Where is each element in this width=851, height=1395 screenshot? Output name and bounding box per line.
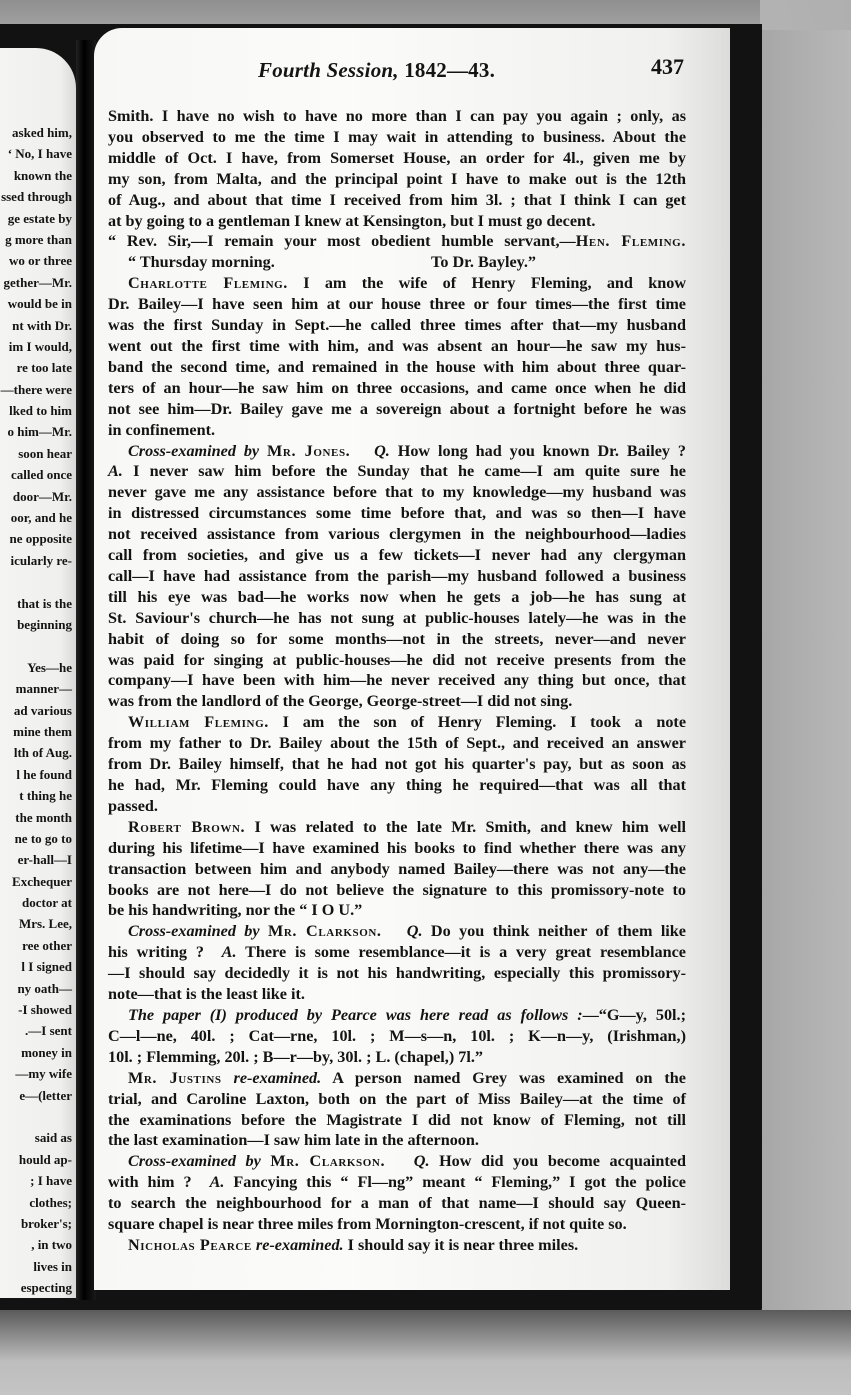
witness-name: William Fleming. xyxy=(128,713,269,731)
left-page-line: doctor at xyxy=(0,892,72,913)
text-line: at by going to a gentleman I knew at Ken… xyxy=(108,211,686,232)
page-body: Smith. I have no wish to have no more th… xyxy=(108,106,686,1256)
left-page-line: ny oath— xyxy=(0,978,72,999)
running-head: Fourth Session, 1842—43. xyxy=(258,58,495,83)
left-page-line: ‘ No, I have xyxy=(0,143,72,164)
right-shadow xyxy=(762,30,851,1395)
text-line: to search the neighbourhood for a man of… xyxy=(108,1193,686,1214)
left-page-line: money in xyxy=(0,1042,72,1063)
text-line: in confinement. xyxy=(108,420,686,441)
left-page-line: clothes; xyxy=(0,1192,72,1213)
left-page-line: —my wife xyxy=(0,1063,72,1084)
left-page-line: er-hall—I xyxy=(0,849,72,870)
text-line: till his eye was bad—he works now when h… xyxy=(108,587,686,608)
left-page-line: called once xyxy=(0,464,72,485)
text-line: was from the landlord of the George, Geo… xyxy=(108,691,686,712)
left-page-line: Yes—he xyxy=(0,657,72,678)
text-line: be his handwriting, nor the “ I O U.” xyxy=(108,900,686,921)
text-line: went out the first time with him, and wa… xyxy=(108,336,686,357)
text-line: from Dr. Bailey himself, that he had not… xyxy=(108,754,686,775)
cross-examination-clarkson-1: Cross-examined by Mr. Clarkson. Q. Do yo… xyxy=(108,921,686,1005)
left-page-line: wo or three xyxy=(0,250,72,271)
left-page-line: ne opposite xyxy=(0,528,72,549)
paper-read-paragraph: The paper (I) produced by Pearce was her… xyxy=(108,1005,686,1068)
text-line: trial, and Caroline Laxton, both on the … xyxy=(108,1089,686,1110)
text-line: from my father to Dr. Bailey about the 1… xyxy=(108,733,686,754)
witness-name: Robert Brown. xyxy=(128,818,245,836)
left-page-line: that is the xyxy=(0,593,72,614)
left-page-line: door—Mr. xyxy=(0,486,72,507)
cross-examination-jones: Cross-examined by Mr. Jones. Q. How long… xyxy=(108,441,686,713)
left-page-text: asked him,‘ No, I haveknown thessed thro… xyxy=(0,122,72,1298)
bottom-shadow xyxy=(0,1310,851,1395)
left-page-line: oor, and he xyxy=(0,507,72,528)
text-line: company—I have been with him—he never re… xyxy=(108,670,686,691)
left-page-line: especting xyxy=(0,1277,72,1298)
left-page-line: .—I sent xyxy=(0,1020,72,1041)
left-page-line: lth of Aug. xyxy=(0,742,72,763)
left-page-line: o him—Mr. xyxy=(0,421,72,442)
text-line: was the first Sunday in Sept.—he called … xyxy=(108,315,686,336)
text-line: transaction between him and anybody name… xyxy=(108,859,686,880)
left-page-line: known the xyxy=(0,165,72,186)
text-line: call from societies, and give us a few t… xyxy=(108,545,686,566)
left-page-line: Exchequer xyxy=(0,871,72,892)
left-page-line: Mrs. Lee, xyxy=(0,913,72,934)
text-line: ters of an hour—he saw him on three occa… xyxy=(108,378,686,399)
testimony-robert-brown: Robert Brown. I was related to the late … xyxy=(108,817,686,922)
running-head-year: 1842—43. xyxy=(404,58,495,82)
book-gutter xyxy=(76,40,96,1300)
left-page-line: the month xyxy=(0,807,72,828)
left-page-line: lives in xyxy=(0,1256,72,1277)
text-line: note—that is the least like it. xyxy=(108,984,686,1005)
text-line: Smith. I have no wish to have no more th… xyxy=(108,106,686,127)
page-number: 437 xyxy=(651,54,684,80)
left-page-line: , in two xyxy=(0,1234,72,1255)
signature: Hen. Fleming. xyxy=(576,232,686,250)
left-page-line xyxy=(0,571,72,592)
testimony-charlotte-fleming: Charlotte Fleming. I am the wife of Henr… xyxy=(108,273,686,440)
text-line: not received assistance from various cle… xyxy=(108,524,686,545)
testimony-william-fleming: William Fleming. I am the son of Henry F… xyxy=(108,712,686,817)
left-page-line: broker's; xyxy=(0,1213,72,1234)
left-page-line: gether—Mr. xyxy=(0,272,72,293)
letter-addressee: To Dr. Bayley.” xyxy=(431,252,536,273)
counsel-name: Mr. Clarkson. xyxy=(268,922,382,940)
text-line: you observed to me the time I may wait i… xyxy=(108,127,686,148)
text-line: not see him—Dr. Bailey gave me a soverei… xyxy=(108,399,686,420)
cross-examination-clarkson-2: Cross-examined by Mr. Clarkson. Q. How d… xyxy=(108,1151,686,1235)
text-line: square chapel is near three miles from M… xyxy=(108,1214,686,1235)
text-line: —I should say decidedly it is not his ha… xyxy=(108,963,686,984)
text-line: 10l. ; Flemming, 20l. ; B—r—by, 30l. ; L… xyxy=(108,1047,686,1068)
text-line: band the second time, and remained in th… xyxy=(108,357,686,378)
left-page-line: beginning xyxy=(0,614,72,635)
left-page-line: t thing he xyxy=(0,785,72,806)
left-page-line: soon hear xyxy=(0,443,72,464)
left-page-line: ree other xyxy=(0,935,72,956)
left-page-line: g more than xyxy=(0,229,72,250)
text-line: St. Saviour's church—he has not sung at … xyxy=(108,608,686,629)
text-line: passed. xyxy=(108,796,686,817)
letter-paragraph: Smith. I have no wish to have no more th… xyxy=(108,106,686,273)
text-line: was paid for singing at public-houses—he… xyxy=(108,650,686,671)
text-line: during his lifetime—I have examined his … xyxy=(108,838,686,859)
left-page-line: ssed through xyxy=(0,186,72,207)
left-page-line xyxy=(0,1106,72,1127)
text-line: of Aug., and about that time I received … xyxy=(108,190,686,211)
left-page-line xyxy=(0,635,72,656)
right-page: Fourth Session, 1842—43. 437 Smith. I ha… xyxy=(94,28,730,1290)
text-line: the last examination—I saw him late in t… xyxy=(108,1130,686,1151)
text-line: habit of doing so for some months—not in… xyxy=(108,629,686,650)
left-page-line: re too late xyxy=(0,357,72,378)
left-page-line: mine them xyxy=(0,721,72,742)
left-page-line: -I showed xyxy=(0,999,72,1020)
left-page-line: —there were xyxy=(0,379,72,400)
counsel-name: Mr. Clarkson. xyxy=(270,1152,385,1170)
left-page-line: would be in xyxy=(0,293,72,314)
text-line: call—I have had assistance from the pari… xyxy=(108,566,686,587)
left-page-line: nt with Dr. xyxy=(0,315,72,336)
text-line: Dr. Bailey—I have seen him at our house … xyxy=(108,294,686,315)
left-page-line: lked to him xyxy=(0,400,72,421)
text-line: C—l—ne, 40l. ; Cat—rne, 10l. ; M—s—n, 10… xyxy=(108,1026,686,1047)
witness-name: Nicholas Pearce xyxy=(128,1236,252,1254)
counsel-name: Mr. Jones. xyxy=(267,442,350,460)
text-line: middle of Oct. I have, from Somerset Hou… xyxy=(108,148,686,169)
text-line: my son, from Malta, and the principal po… xyxy=(108,169,686,190)
left-page-line: l I signed xyxy=(0,956,72,977)
text-line: the examinations before the Magistrate I… xyxy=(108,1110,686,1131)
text-line: never gave me any assistance before that… xyxy=(108,482,686,503)
running-head-session: Fourth Session, xyxy=(258,58,399,82)
letter-closing: “ Rev. Sir,—I remain your most obedient … xyxy=(108,231,686,252)
left-page-line: asked him, xyxy=(0,122,72,143)
text-line: books are not here—I do not believe the … xyxy=(108,880,686,901)
testimony-nicholas-pearce: Nicholas Pearce re-examined. I should sa… xyxy=(108,1235,686,1256)
left-page-line: hould ap- xyxy=(0,1149,72,1170)
left-page-line: ge estate by xyxy=(0,208,72,229)
left-page-line: said as xyxy=(0,1127,72,1148)
left-page-line: ad various xyxy=(0,700,72,721)
witness-name: Charlotte Fleming. xyxy=(128,274,288,292)
text-line: in distressed circumstances some time be… xyxy=(108,503,686,524)
left-page-line: manner— xyxy=(0,678,72,699)
text-line: he had, Mr. Fleming could have any thing… xyxy=(108,775,686,796)
letter-date-line: “ Thursday morning.To Dr. Bayley.” xyxy=(108,252,686,273)
left-page-line: icularly re- xyxy=(0,550,72,571)
left-page-line: l he found xyxy=(0,764,72,785)
witness-name: Mr. Justins xyxy=(128,1069,222,1087)
testimony-mr-justins: Mr. Justins re-examined. A person named … xyxy=(108,1068,686,1152)
left-page-line: im I would, xyxy=(0,336,72,357)
left-page-line: e—(letter xyxy=(0,1085,72,1106)
left-page-fragment: asked him,‘ No, I haveknown thessed thro… xyxy=(0,48,76,1298)
left-page-line: ne to go to xyxy=(0,828,72,849)
left-page-line: ; I have xyxy=(0,1170,72,1191)
